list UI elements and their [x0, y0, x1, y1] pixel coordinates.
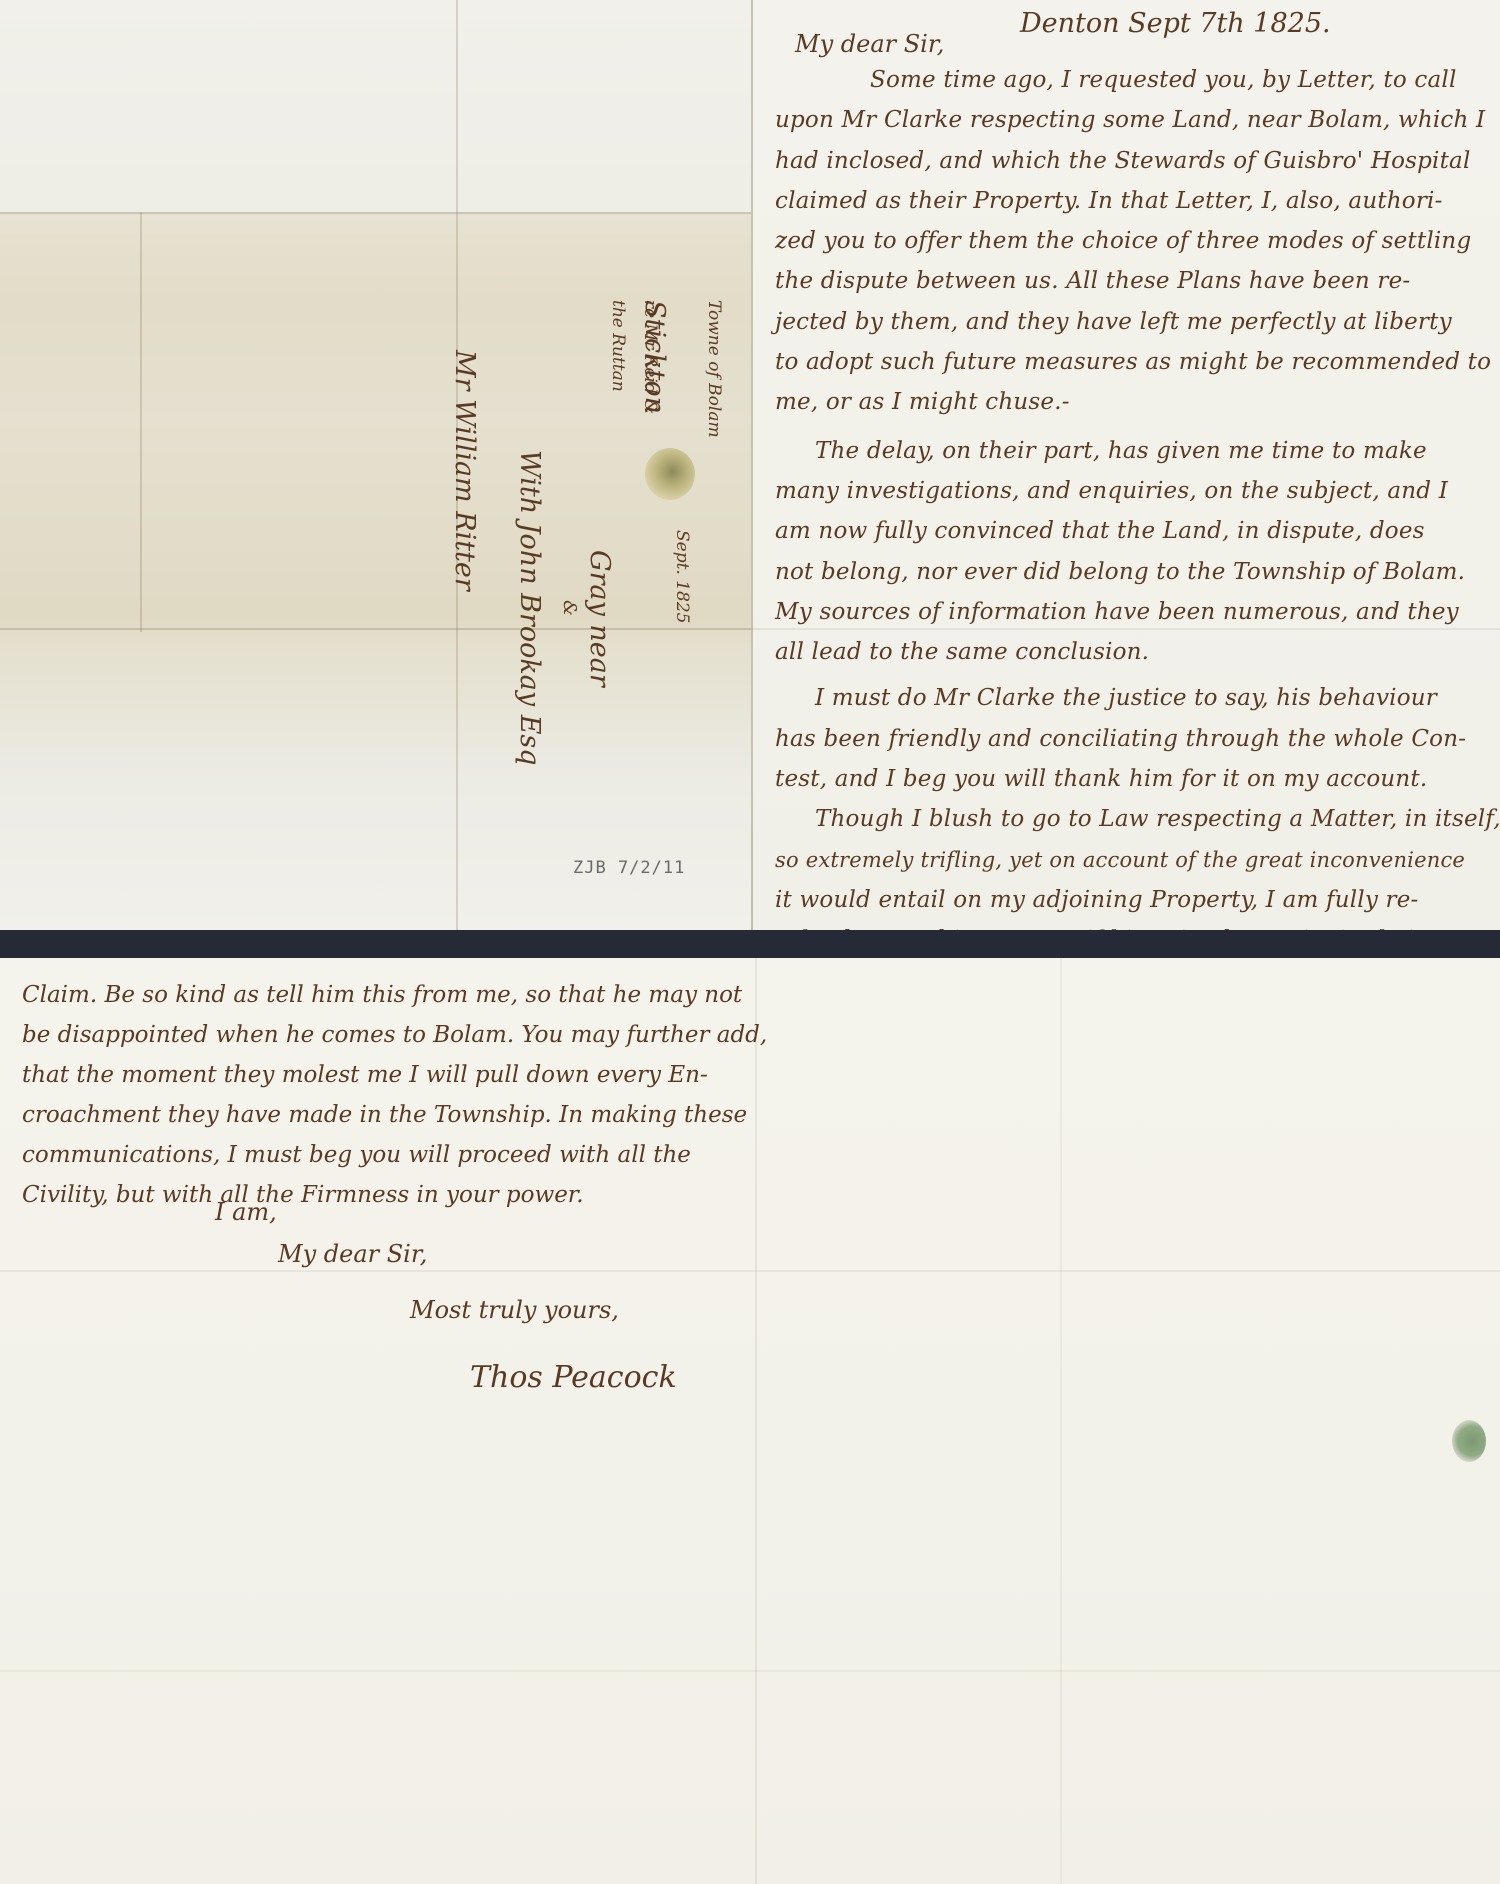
letter-line: croachment they have made in the Townshi… — [22, 1095, 752, 1135]
scan-divider — [0, 930, 1500, 958]
letter-body-page-2: Claim. Be so kind as tell him this from … — [22, 975, 752, 1215]
letter-line: zed you to offer them the choice of thre… — [775, 221, 1495, 261]
salutation: My dear Sir, — [795, 30, 944, 58]
green-stain — [1452, 1420, 1486, 1462]
letter-line: Civility, but with all the Firmness in y… — [22, 1175, 752, 1215]
fold-line — [755, 958, 757, 1884]
letter-line: am now fully convinced that the Land, in… — [775, 511, 1495, 551]
letter-line: all lead to the same conclusion. — [775, 632, 1495, 672]
letter-line: Some time ago, I requested you, by Lette… — [775, 60, 1495, 100]
docket-line: Towne of Bolam — [698, 300, 730, 820]
closing-most-truly-yours: Most truly yours, — [410, 1296, 619, 1324]
letter-line: be disappointed when he comes to Bolam. … — [22, 1015, 752, 1055]
letter-line: not belong, nor ever did belong to the T… — [775, 552, 1495, 592]
letter-line: the dispute between us. All these Plans … — [775, 261, 1495, 301]
closing-i-am: I am, — [215, 1198, 277, 1226]
letter-line: jected by them, and they have left me pe… — [775, 302, 1495, 342]
archive-reference: ZJB 7/2/11 — [573, 858, 685, 878]
letter-line: communications, I must beg you will proc… — [22, 1135, 752, 1175]
letter-line: test, and I beg you will thank him for i… — [775, 759, 1495, 799]
fold-line — [1060, 958, 1062, 1884]
letter-line: My sources of information have been nume… — [775, 592, 1495, 632]
letter-date: Denton Sept 7th 1825. — [1020, 8, 1331, 39]
letter-line: it would entail on my adjoining Property… — [775, 880, 1495, 920]
letter-line: Claim. Be so kind as tell him this from … — [22, 975, 752, 1015]
signature: Thos Peacock — [470, 1360, 677, 1395]
letter-line: me, or as I might chuse.- — [775, 382, 1495, 422]
address-line: With John Brookay Esq — [514, 450, 545, 766]
letter-line: Though I blush to go to Law respecting a… — [775, 799, 1495, 839]
letter-line: that the moment they molest me I will pu… — [22, 1055, 752, 1095]
letter-line: had inclosed, and which the Stewards of … — [775, 141, 1495, 181]
letter-body-page-1: Some time ago, I requested you, by Lette… — [775, 60, 1495, 961]
letter-line: so extremely trifling, yet on account of… — [775, 840, 1495, 880]
address-line: & — [559, 600, 580, 616]
letter-line: many investigations, and enquiries, on t… — [775, 471, 1495, 511]
fold-line — [0, 1270, 1500, 1272]
letter-line: to adopt such future measures as might b… — [775, 342, 1495, 382]
address-line: Mr William Ritter — [449, 350, 480, 591]
docket-note: Towne of Bolam Sept. 1825 re Mr Reid & t… — [602, 300, 730, 820]
letter-line: The delay, on their part, has given me t… — [775, 431, 1495, 471]
closing-my-dear-sir: My dear Sir, — [278, 1240, 427, 1268]
page-edge — [751, 0, 753, 930]
address-leaf-panel: Mr William Ritter With John Brookay Esq … — [0, 0, 751, 930]
docket-line: re Mr Reid & — [634, 300, 666, 820]
fold-line — [140, 212, 142, 632]
letter-line: claimed as their Property. In that Lette… — [775, 181, 1495, 221]
docket-line: the Ruttan — [602, 300, 634, 820]
docket-line: Sept. 1825 — [666, 300, 698, 820]
letter-line: I must do Mr Clarke the justice to say, … — [775, 678, 1495, 718]
fold-line — [0, 1670, 1500, 1672]
letter-line: has been friendly and conciliating throu… — [775, 719, 1495, 759]
fold-line — [0, 212, 751, 214]
letter-line: upon Mr Clarke respecting some Land, nea… — [775, 100, 1495, 140]
